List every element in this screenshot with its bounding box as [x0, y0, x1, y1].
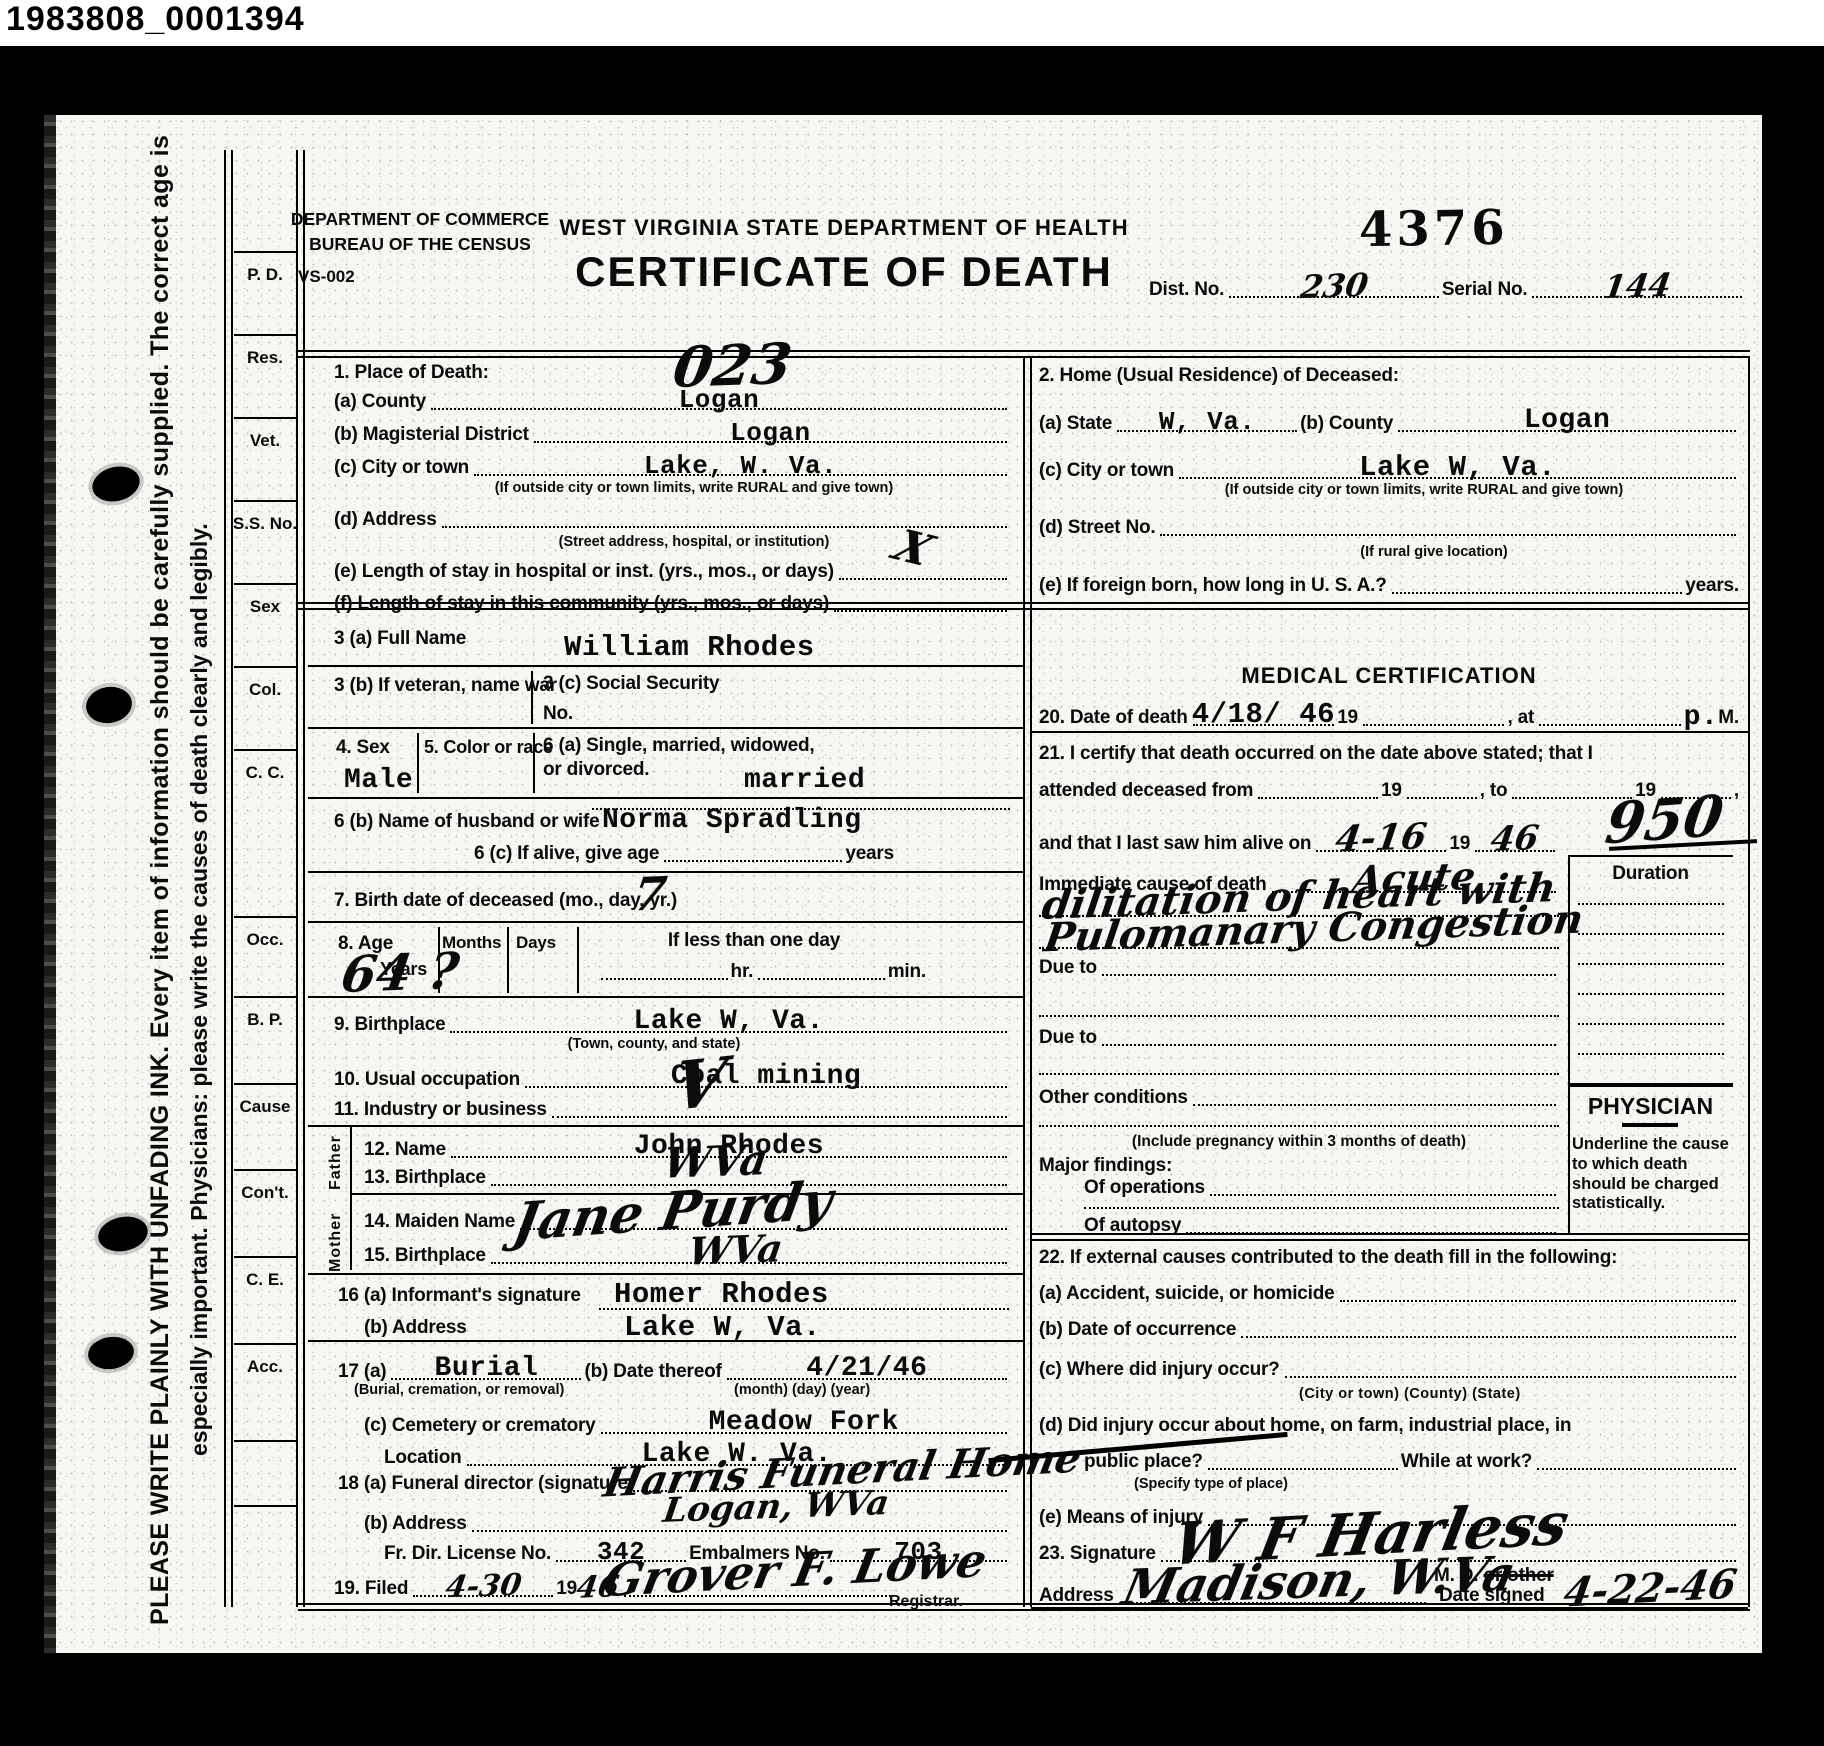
- s22b-blank: [1241, 1336, 1736, 1338]
- s22d-work: While at work?: [1401, 1451, 1532, 1472]
- s11-label: 11. Industry or business: [334, 1099, 547, 1120]
- stub-line: [234, 1343, 298, 1345]
- scan-black-band-bottom: [0, 1653, 1824, 1746]
- medical-certification-title: MEDICAL CERTIFICATION: [1039, 663, 1739, 689]
- s1e-label: (e) Length of stay in hospital or inst. …: [334, 561, 834, 582]
- due2-row: Due to: [1039, 1027, 1559, 1048]
- s8-age-value: 64 ?: [338, 941, 463, 1004]
- stub-label-cause: Cause: [232, 1097, 298, 1117]
- stub-line: [234, 996, 298, 998]
- due1-row: Due to: [1039, 957, 1559, 978]
- rule: [308, 921, 1023, 923]
- s17ab-row: 17 (a) Burial (b) Date thereof 4/21/46: [338, 1355, 1010, 1382]
- s21-saw-19: 19: [1449, 833, 1470, 854]
- s17a-note: (Burial, cremation, or removal): [354, 1383, 564, 1399]
- s1-heading: 1. Place of Death:: [334, 362, 489, 383]
- s6b-value: Norma Spradling: [602, 807, 862, 835]
- s2c-note: (If outside city or town limits, write R…: [1144, 483, 1704, 499]
- s14-label: 14. Maiden Name: [364, 1211, 515, 1232]
- rule: [1578, 993, 1724, 995]
- s21-saw-row: and that I last saw him alive on 4-16 19…: [1039, 817, 1599, 854]
- s22a-row: (a) Accident, suicide, or homicide: [1039, 1283, 1739, 1304]
- s10-row: 10. Usual occupation Coal mining: [334, 1063, 1010, 1090]
- s6a-label1: 6 (a) Single, married, widowed,: [543, 735, 814, 756]
- s20-p: p.: [1684, 704, 1719, 732]
- state-department-line: WEST VIRGINIA STATE DEPARTMENT OF HEALTH: [464, 215, 1224, 241]
- rule: [308, 727, 1023, 729]
- stub-label-cont: Con't.: [232, 1183, 298, 1203]
- stub-label-vet: Vet.: [232, 431, 298, 451]
- stub-line: [234, 1083, 298, 1085]
- s2c-label: (c) City or town: [1039, 460, 1174, 481]
- major-findings-label: Major findings:: [1039, 1155, 1172, 1176]
- s8-less-label: If less than one day: [604, 930, 904, 951]
- s8-hr-blank: [601, 978, 728, 980]
- s17loc-label: Location: [384, 1447, 462, 1468]
- stub-label-ssno: S.S. No.: [232, 514, 298, 534]
- s20-row: 20. Date of death 4/18/ 46 19 , at p. M.: [1039, 700, 1739, 728]
- registrar-label: Registrar.: [889, 1593, 963, 1611]
- rule: [1039, 1015, 1559, 1017]
- stub-line: [234, 583, 298, 585]
- ops-row: Of operations: [1084, 1177, 1559, 1198]
- certificate-number-stamp: 4376: [1359, 200, 1510, 259]
- s22d-blank2: [1537, 1468, 1736, 1470]
- s1d-label: (d) Address: [334, 509, 437, 530]
- s20-m: M.: [1718, 707, 1739, 728]
- rule: [1031, 731, 1748, 733]
- s13-label: 13. Birthplace: [364, 1167, 486, 1188]
- certificate-title: CERTIFICATE OF DEATH: [464, 248, 1224, 296]
- due1-label: Due to: [1039, 957, 1097, 978]
- s2e-label: (e) If foreign born, how long in U. S. A…: [1039, 575, 1387, 596]
- pregnancy-note: (Include pregnancy within 3 months of de…: [1044, 1133, 1554, 1150]
- s19-19: 19: [556, 1578, 577, 1599]
- s17b-label: (b) Date thereof: [584, 1361, 721, 1382]
- s7-value: 7: [630, 866, 670, 921]
- s17a-value: Burial: [435, 1355, 539, 1383]
- s1c-note: (If outside city or town limits, write R…: [384, 481, 1004, 497]
- rule: [1023, 356, 1032, 1607]
- s21-line1: 21. I certify that death occurred on the…: [1039, 743, 1593, 764]
- stub-line: [234, 1440, 298, 1442]
- other-label: Other conditions: [1039, 1087, 1188, 1108]
- s12-label: 12. Name: [364, 1139, 446, 1160]
- rule: [296, 150, 305, 1607]
- rule: [599, 1308, 1009, 1310]
- s16b-label: (b) Address: [364, 1317, 467, 1338]
- s1f-row: (f) Length of stay in this community (yr…: [334, 593, 1010, 614]
- stub-label-bp: B. P.: [232, 1010, 298, 1030]
- s2d-blank: [1160, 534, 1736, 536]
- s17c-value: Meadow Fork: [709, 1409, 899, 1437]
- s8-hrmin-row: hr. min.: [596, 961, 926, 982]
- s9-row: 9. Birthplace Lake W, Va.: [334, 1008, 1010, 1035]
- ops-blank: [1210, 1194, 1556, 1196]
- rule: [577, 927, 579, 993]
- s6a-value: married: [744, 767, 865, 795]
- scanned-death-certificate: 1983808_0001394 PLEASE WRITE PLAINLY WIT…: [0, 0, 1824, 1746]
- duration-header: Duration: [1568, 863, 1733, 884]
- s3a-value: William Rhodes: [564, 633, 815, 662]
- due2-blank: [1102, 1044, 1556, 1046]
- s6c-label: 6 (c) If alive, give age: [474, 843, 659, 864]
- s1f-blank: [834, 610, 1007, 612]
- s20-at: , at: [1507, 707, 1534, 728]
- rule: [1568, 1083, 1733, 1087]
- date-signed-label: Date signed: [1439, 1585, 1545, 1606]
- s16a-label: 16 (a) Informant's signature: [338, 1285, 581, 1306]
- s6b-label: 6 (b) Name of husband or wife: [334, 811, 600, 832]
- s9-note: (Town, county, and state): [444, 1037, 864, 1053]
- s3a-label: 3 (a) Full Name: [334, 628, 466, 649]
- rule: [308, 996, 1023, 998]
- s18a-label: 18 (a) Funeral director (signature: [338, 1473, 628, 1494]
- stub-label-occ: Occ.: [232, 930, 298, 950]
- s21-blank2: [1407, 797, 1477, 799]
- rule: [1568, 855, 1733, 857]
- rule: [1578, 1023, 1724, 1025]
- punch-hole: [83, 683, 135, 726]
- s2b-label: (b) County: [1300, 413, 1393, 434]
- s21-19a: 19: [1381, 780, 1402, 801]
- s22d-row2: public place? While at work?: [1084, 1451, 1739, 1472]
- s17b-value: 4/21/46: [806, 1355, 927, 1383]
- rule: [224, 150, 233, 1607]
- s15-label: 15. Birthplace: [364, 1245, 486, 1266]
- s8-days: Days: [516, 933, 556, 952]
- s11-blank: [552, 1116, 1007, 1118]
- stub-line: [234, 1256, 298, 1258]
- s1a-label: (a) County: [334, 391, 426, 412]
- stub-line: [234, 500, 298, 502]
- s2c-row: (c) City or town Lake W, Va.: [1039, 453, 1739, 481]
- stub-label-acc: Acc.: [232, 1357, 298, 1377]
- s20-label: 20. Date of death: [1039, 707, 1188, 728]
- s18b-row: (b) Address: [364, 1513, 1010, 1534]
- s22d-line2: public place?: [1084, 1451, 1203, 1472]
- stub-label-pd: P. D.: [232, 265, 298, 285]
- s22b-row: (b) Date of occurrence: [1039, 1319, 1739, 1340]
- s21-from-label: attended deceased from: [1039, 780, 1253, 801]
- rule: [1622, 1123, 1678, 1127]
- s22d-note: (Specify type of place): [1134, 1477, 1288, 1493]
- rule: [507, 927, 509, 993]
- s1c-label: (c) City or town: [334, 457, 469, 478]
- s20-blank2: [1539, 724, 1681, 726]
- s8-min-label: min.: [888, 961, 926, 982]
- rule: [298, 350, 1750, 358]
- rule: [1578, 1053, 1724, 1055]
- s10-label: 10. Usual occupation: [334, 1069, 520, 1090]
- s22-heading: 22. If external causes contributed to th…: [1039, 1247, 1617, 1268]
- rule: [1568, 855, 1570, 1233]
- rule: [1084, 1207, 1559, 1209]
- s22d-line1: (d) Did injury occur about home, on farm…: [1039, 1415, 1571, 1436]
- stub-line: [234, 334, 298, 336]
- rule: [308, 1340, 1023, 1342]
- rule: [1039, 1125, 1559, 1127]
- scan-top-strip: 1983808_0001394: [0, 0, 1824, 46]
- rule: [417, 733, 419, 793]
- s2e-blank: [1392, 592, 1683, 594]
- s15-value-hw: WVa: [686, 1225, 786, 1273]
- stub-label-res: Res.: [232, 348, 298, 368]
- s17a-label: 17 (a): [338, 1361, 386, 1382]
- s18lic-label: Fr. Dir. License No.: [384, 1543, 551, 1564]
- rule: [1578, 963, 1724, 965]
- physician-note: Underline the cause to which death shoul…: [1572, 1135, 1732, 1214]
- stub-line: [234, 666, 298, 668]
- stub-label-col: Col.: [232, 680, 298, 700]
- due1-blank: [1102, 974, 1556, 976]
- other-row: Other conditions: [1039, 1087, 1559, 1108]
- s1b-row: (b) Magisterial District Logan: [334, 420, 1010, 445]
- ops-label: Of operations: [1084, 1177, 1205, 1198]
- rule: [1039, 1073, 1559, 1075]
- s8-min-blank: [758, 978, 885, 980]
- s9-label: 9. Birthplace: [334, 1014, 445, 1035]
- s3c-label2: No.: [543, 703, 573, 724]
- stub-line: [234, 251, 298, 253]
- s16b-value: Lake W, Va.: [624, 1313, 821, 1342]
- s2c-value: Lake W, Va.: [1359, 453, 1556, 482]
- s2a-label: (a) State: [1039, 413, 1112, 434]
- stub-line: [234, 417, 298, 419]
- s2e-suffix: years.: [1685, 575, 1739, 596]
- s4-label: 4. Sex: [336, 737, 390, 758]
- s3c-label: 3 (c) Social Security: [543, 673, 719, 694]
- father-side-label: Father: [327, 1130, 345, 1190]
- mother-side-label: Mother: [327, 1212, 345, 1272]
- rule: [1578, 903, 1724, 905]
- rule: [308, 1125, 1023, 1127]
- punch-hole: [89, 462, 144, 507]
- stub-line: [234, 1505, 298, 1507]
- rule: [308, 1273, 1023, 1275]
- certificate-page: PLEASE WRITE PLAINLY WITH UNFADING INK. …: [44, 115, 1762, 1653]
- s1c-row: (c) City or town Lake, W. Va.: [334, 453, 1010, 478]
- rule: [308, 665, 1023, 667]
- s21-saw-label: and that I last saw him alive on: [1039, 833, 1311, 854]
- rule: [308, 797, 1023, 799]
- s3b-label: 3 (b) If veteran, name war: [334, 675, 557, 696]
- s22c-row: (c) Where did injury occur?: [1039, 1359, 1739, 1380]
- scan-black-band-right: [1762, 46, 1824, 1746]
- stub-line: [234, 1169, 298, 1171]
- s18b-label: (b) Address: [364, 1513, 467, 1534]
- s22c-note: (City or town) (County) (State): [1299, 1387, 1521, 1403]
- s1b-value: Logan: [730, 420, 811, 446]
- dist-value: 230: [1298, 266, 1371, 306]
- stub-label-cc: C. C.: [232, 763, 298, 783]
- punch-hole: [86, 1334, 136, 1372]
- s21-to: , to: [1480, 780, 1508, 801]
- s4-value: Male: [344, 767, 413, 795]
- margin-instruction-line2: especially important. Physicians: please…: [186, 355, 220, 1625]
- s18b-blank: [472, 1530, 1007, 1532]
- s6a-label2: or divorced.: [543, 759, 649, 780]
- s20-blank1: [1363, 724, 1505, 726]
- s20-19: 19: [1337, 707, 1358, 728]
- rule: [1031, 1607, 1748, 1609]
- form-number: VS-002: [298, 267, 355, 287]
- s21-comma: ,: [1734, 780, 1739, 801]
- physician-header: PHYSICIAN: [1568, 1093, 1733, 1120]
- s1c-value: Lake, W. Va.: [644, 453, 837, 479]
- stub-line: [234, 749, 298, 751]
- s2d-label: (d) Street No.: [1039, 517, 1155, 538]
- stub-line: [234, 916, 298, 918]
- s2e-row: (e) If foreign born, how long in U. S. A…: [1039, 575, 1739, 596]
- s2-heading: 2. Home (Usual Residence) of Deceased:: [1039, 365, 1399, 386]
- stub-label-sex: Sex: [232, 597, 298, 617]
- scan-id-label: 1983808_0001394: [6, 0, 305, 39]
- s2d-note: (If rural give location): [1284, 545, 1584, 561]
- other-blank: [1193, 1104, 1556, 1106]
- s2ab-row: (a) State W, Va. (b) County Logan: [1039, 407, 1739, 434]
- s21-blank1: [1258, 797, 1378, 799]
- s6c-blank: [664, 860, 842, 862]
- s23-addr-label: Address: [1039, 1585, 1114, 1606]
- rule: [1578, 933, 1724, 935]
- s19-label: 19. Filed: [334, 1578, 408, 1599]
- s17b-note: (month) (day) (year): [734, 1383, 870, 1399]
- rule: [592, 808, 1010, 810]
- rule: [350, 1127, 352, 1270]
- s1d-note: (Street address, hospital, or institutio…: [444, 535, 944, 551]
- s22a-blank: [1340, 1300, 1736, 1302]
- s9-value: Lake W, Va.: [634, 1008, 824, 1036]
- s2a-value: W, Va.: [1159, 409, 1256, 435]
- due2-label: Due to: [1039, 1027, 1097, 1048]
- s2b-value: Logan: [1524, 407, 1611, 435]
- s20-value: 4/18/ 46: [1192, 700, 1335, 729]
- s6c-row: 6 (c) If alive, give age years: [474, 843, 894, 864]
- s22d-blank1: [1208, 1468, 1398, 1470]
- s8-hr-label: hr.: [731, 961, 754, 982]
- margin-instruction-line1: PLEASE WRITE PLAINLY WITH UNFADING INK. …: [146, 290, 186, 1625]
- stub-label-ce: C. E.: [232, 1270, 298, 1290]
- serial-label: Serial No.: [1442, 279, 1528, 300]
- s7-label: 7. Birth date of deceased (mo., day, yr.…: [334, 890, 677, 911]
- dist-label: Dist. No.: [1149, 279, 1224, 300]
- s21-saw-hw: 4-16: [1333, 815, 1430, 860]
- s1a-scribble: 023: [669, 331, 796, 401]
- s22b-label: (b) Date of occurrence: [1039, 1319, 1236, 1340]
- s1f-label: (f) Length of stay in this community (yr…: [334, 593, 829, 614]
- punch-hole: [95, 1212, 151, 1256]
- s17c-label: (c) Cemetery or crematory: [364, 1415, 596, 1436]
- s17c-row: (c) Cemetery or crematory Meadow Fork: [364, 1409, 1010, 1436]
- dist-serial-row: Dist. No. 230 Serial No. 144: [1149, 267, 1745, 300]
- s16a-value: Homer Rhodes: [614, 1280, 829, 1309]
- s19-date-hw: 4-30: [443, 1568, 523, 1606]
- s21-saw-year-hw: 46: [1488, 818, 1541, 860]
- s6c-suffix: years: [845, 843, 894, 864]
- rule: [1031, 1233, 1748, 1241]
- s5-label: 5. Color or race: [424, 737, 553, 757]
- s1b-label: (b) Magisterial District: [334, 424, 529, 445]
- serial-value: 144: [1601, 266, 1674, 306]
- s22c-blank: [1285, 1376, 1736, 1378]
- rule: [1748, 356, 1750, 1607]
- s2d-row: (d) Street No.: [1039, 517, 1739, 538]
- s1e-blank: [839, 578, 1007, 580]
- s22c-label: (c) Where did injury occur?: [1039, 1359, 1280, 1380]
- s22a-label: (a) Accident, suicide, or homicide: [1039, 1283, 1335, 1304]
